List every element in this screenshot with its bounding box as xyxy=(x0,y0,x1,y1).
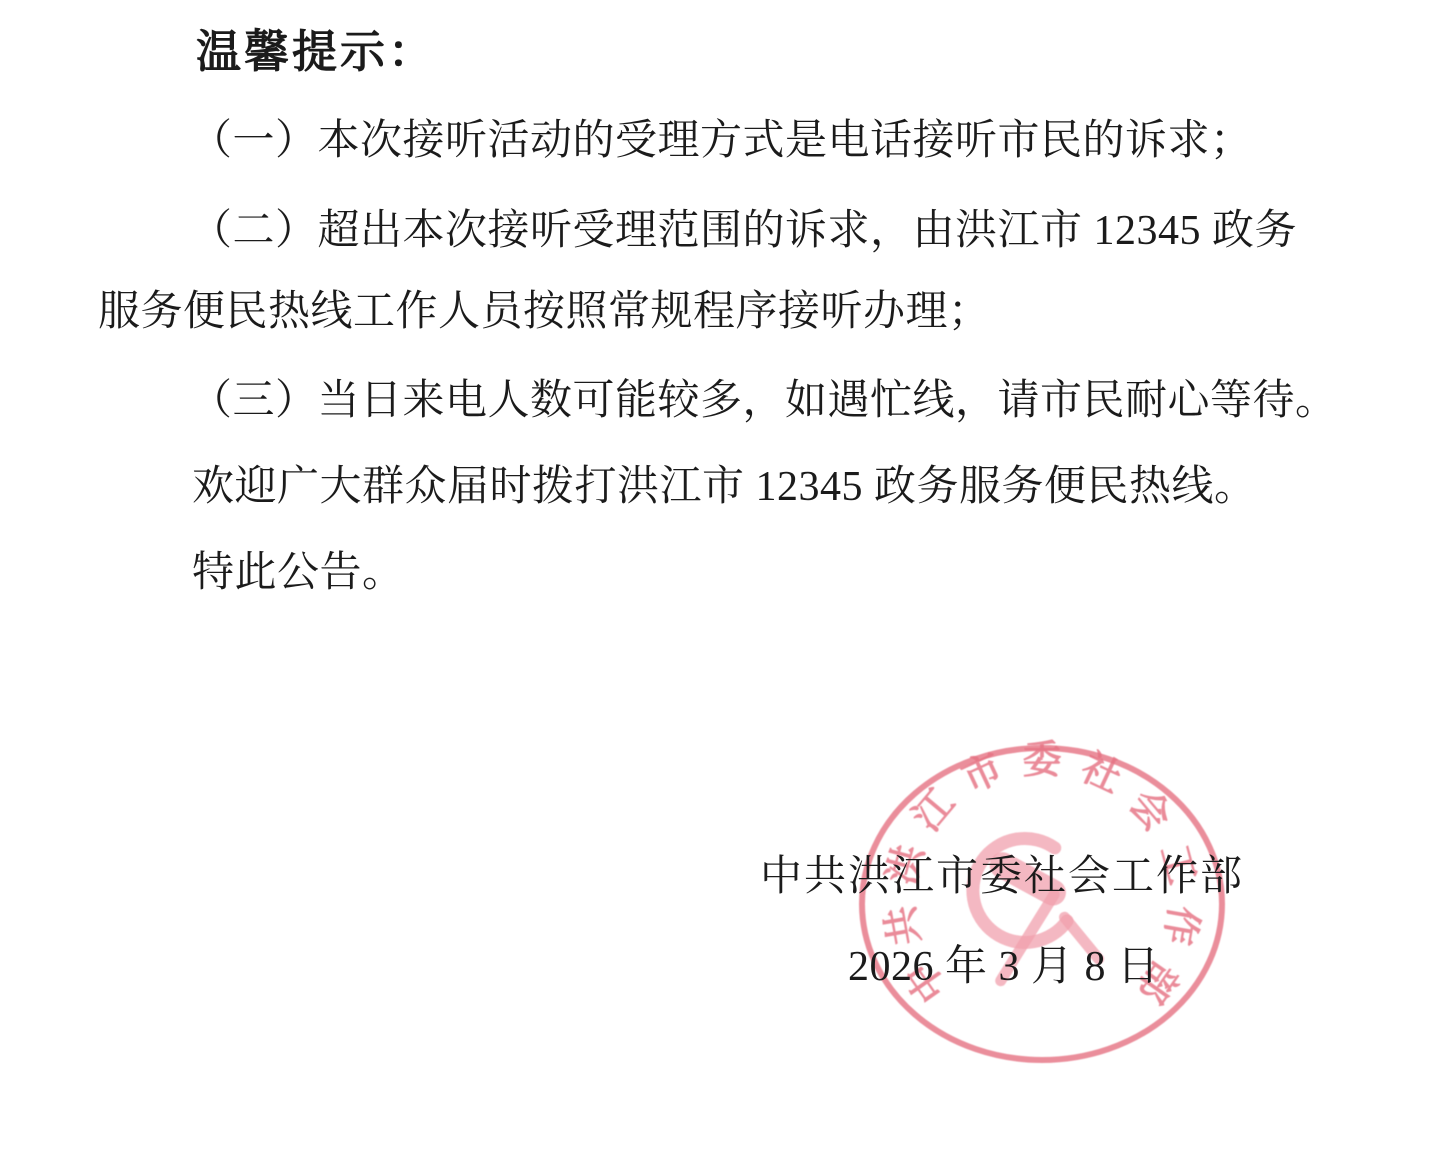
signature-date: 2026 年 3 月 8 日 xyxy=(848,942,1160,992)
seal-arc-char: 会 xyxy=(1118,780,1180,842)
seal-arc-char: 委 xyxy=(1020,739,1064,783)
notice-item-2-line-2: 服务便民热线工作人员按照常规程序接听办理； xyxy=(98,287,991,337)
notice-page: 中共洪江市委社会工作部 温馨提示： （一）本次接听活动的受理方式是电话接听市民的… xyxy=(0,0,1445,1155)
seal-arc-char: 江 xyxy=(904,780,966,842)
seal-arc-char: 市 xyxy=(954,745,1012,803)
seal-arc-text: 中共洪江市委社会工作部 xyxy=(852,740,1232,1068)
seal-arc-char: 社 xyxy=(1072,745,1130,803)
notice-heading: 温馨提示： xyxy=(196,27,436,77)
notice-welcome-line: 欢迎广大群众届时拨打洪江市 12345 政务服务便民热线。 xyxy=(192,462,1257,512)
signature-organization: 中共洪江市委社会工作部 xyxy=(760,852,1244,902)
official-seal: 中共洪江市委社会工作部 xyxy=(852,740,1232,1068)
notice-item-2-line-1: （二）超出本次接听受理范围的诉求，由洪江市 12345 政务 xyxy=(190,206,1297,256)
notice-item-1: （一）本次接听活动的受理方式是电话接听市民的诉求； xyxy=(190,116,1253,166)
notice-closing-line: 特此公告。 xyxy=(192,548,405,598)
seal-arc-char: 作 xyxy=(1154,900,1205,951)
notice-item-3: （三）当日来电人数可能较多，如遇忙线，请市民耐心等待。 xyxy=(190,376,1338,426)
